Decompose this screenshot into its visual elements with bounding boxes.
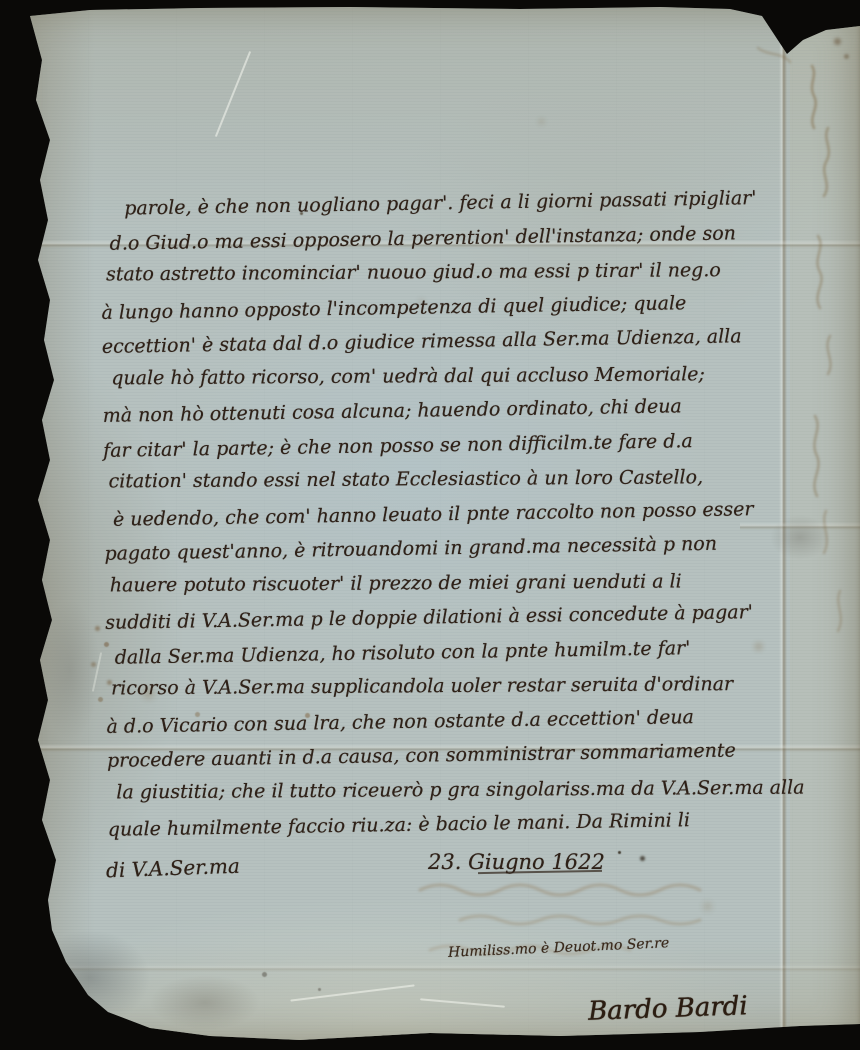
paper-fiber-scratch (215, 51, 251, 137)
smudge-stain (30, 930, 150, 1025)
horizontal-fold-crease-bottom (22, 964, 860, 972)
smudge-stain (40, 600, 100, 740)
paper-fiber-scratch (290, 984, 414, 1001)
dateline: 23. Giugno 1622 (428, 850, 605, 873)
signature: Bardo Bardi (588, 991, 749, 1027)
paper-fiber-scratch (420, 998, 505, 1007)
aged-left-edge-tint (0, 0, 95, 1050)
letter-body: parole, è che non uogliano pagar'. feci … (100, 182, 814, 846)
mirrored-show-through-text (400, 872, 830, 982)
scan-background: parole, è che non uogliano pagar'. feci … (0, 0, 860, 1050)
closing-formula: Humiliss.mo è Deuot.mo Ser.re (448, 935, 670, 961)
valediction: di V.A.Ser.ma (106, 854, 241, 883)
manuscript-page: parole, è che non uogliano pagar'. feci … (0, 0, 860, 1050)
paper-fiber-scratch (92, 652, 102, 692)
smudge-stain (150, 975, 260, 1030)
ink-and-stain-speckles (0, 0, 3, 3)
